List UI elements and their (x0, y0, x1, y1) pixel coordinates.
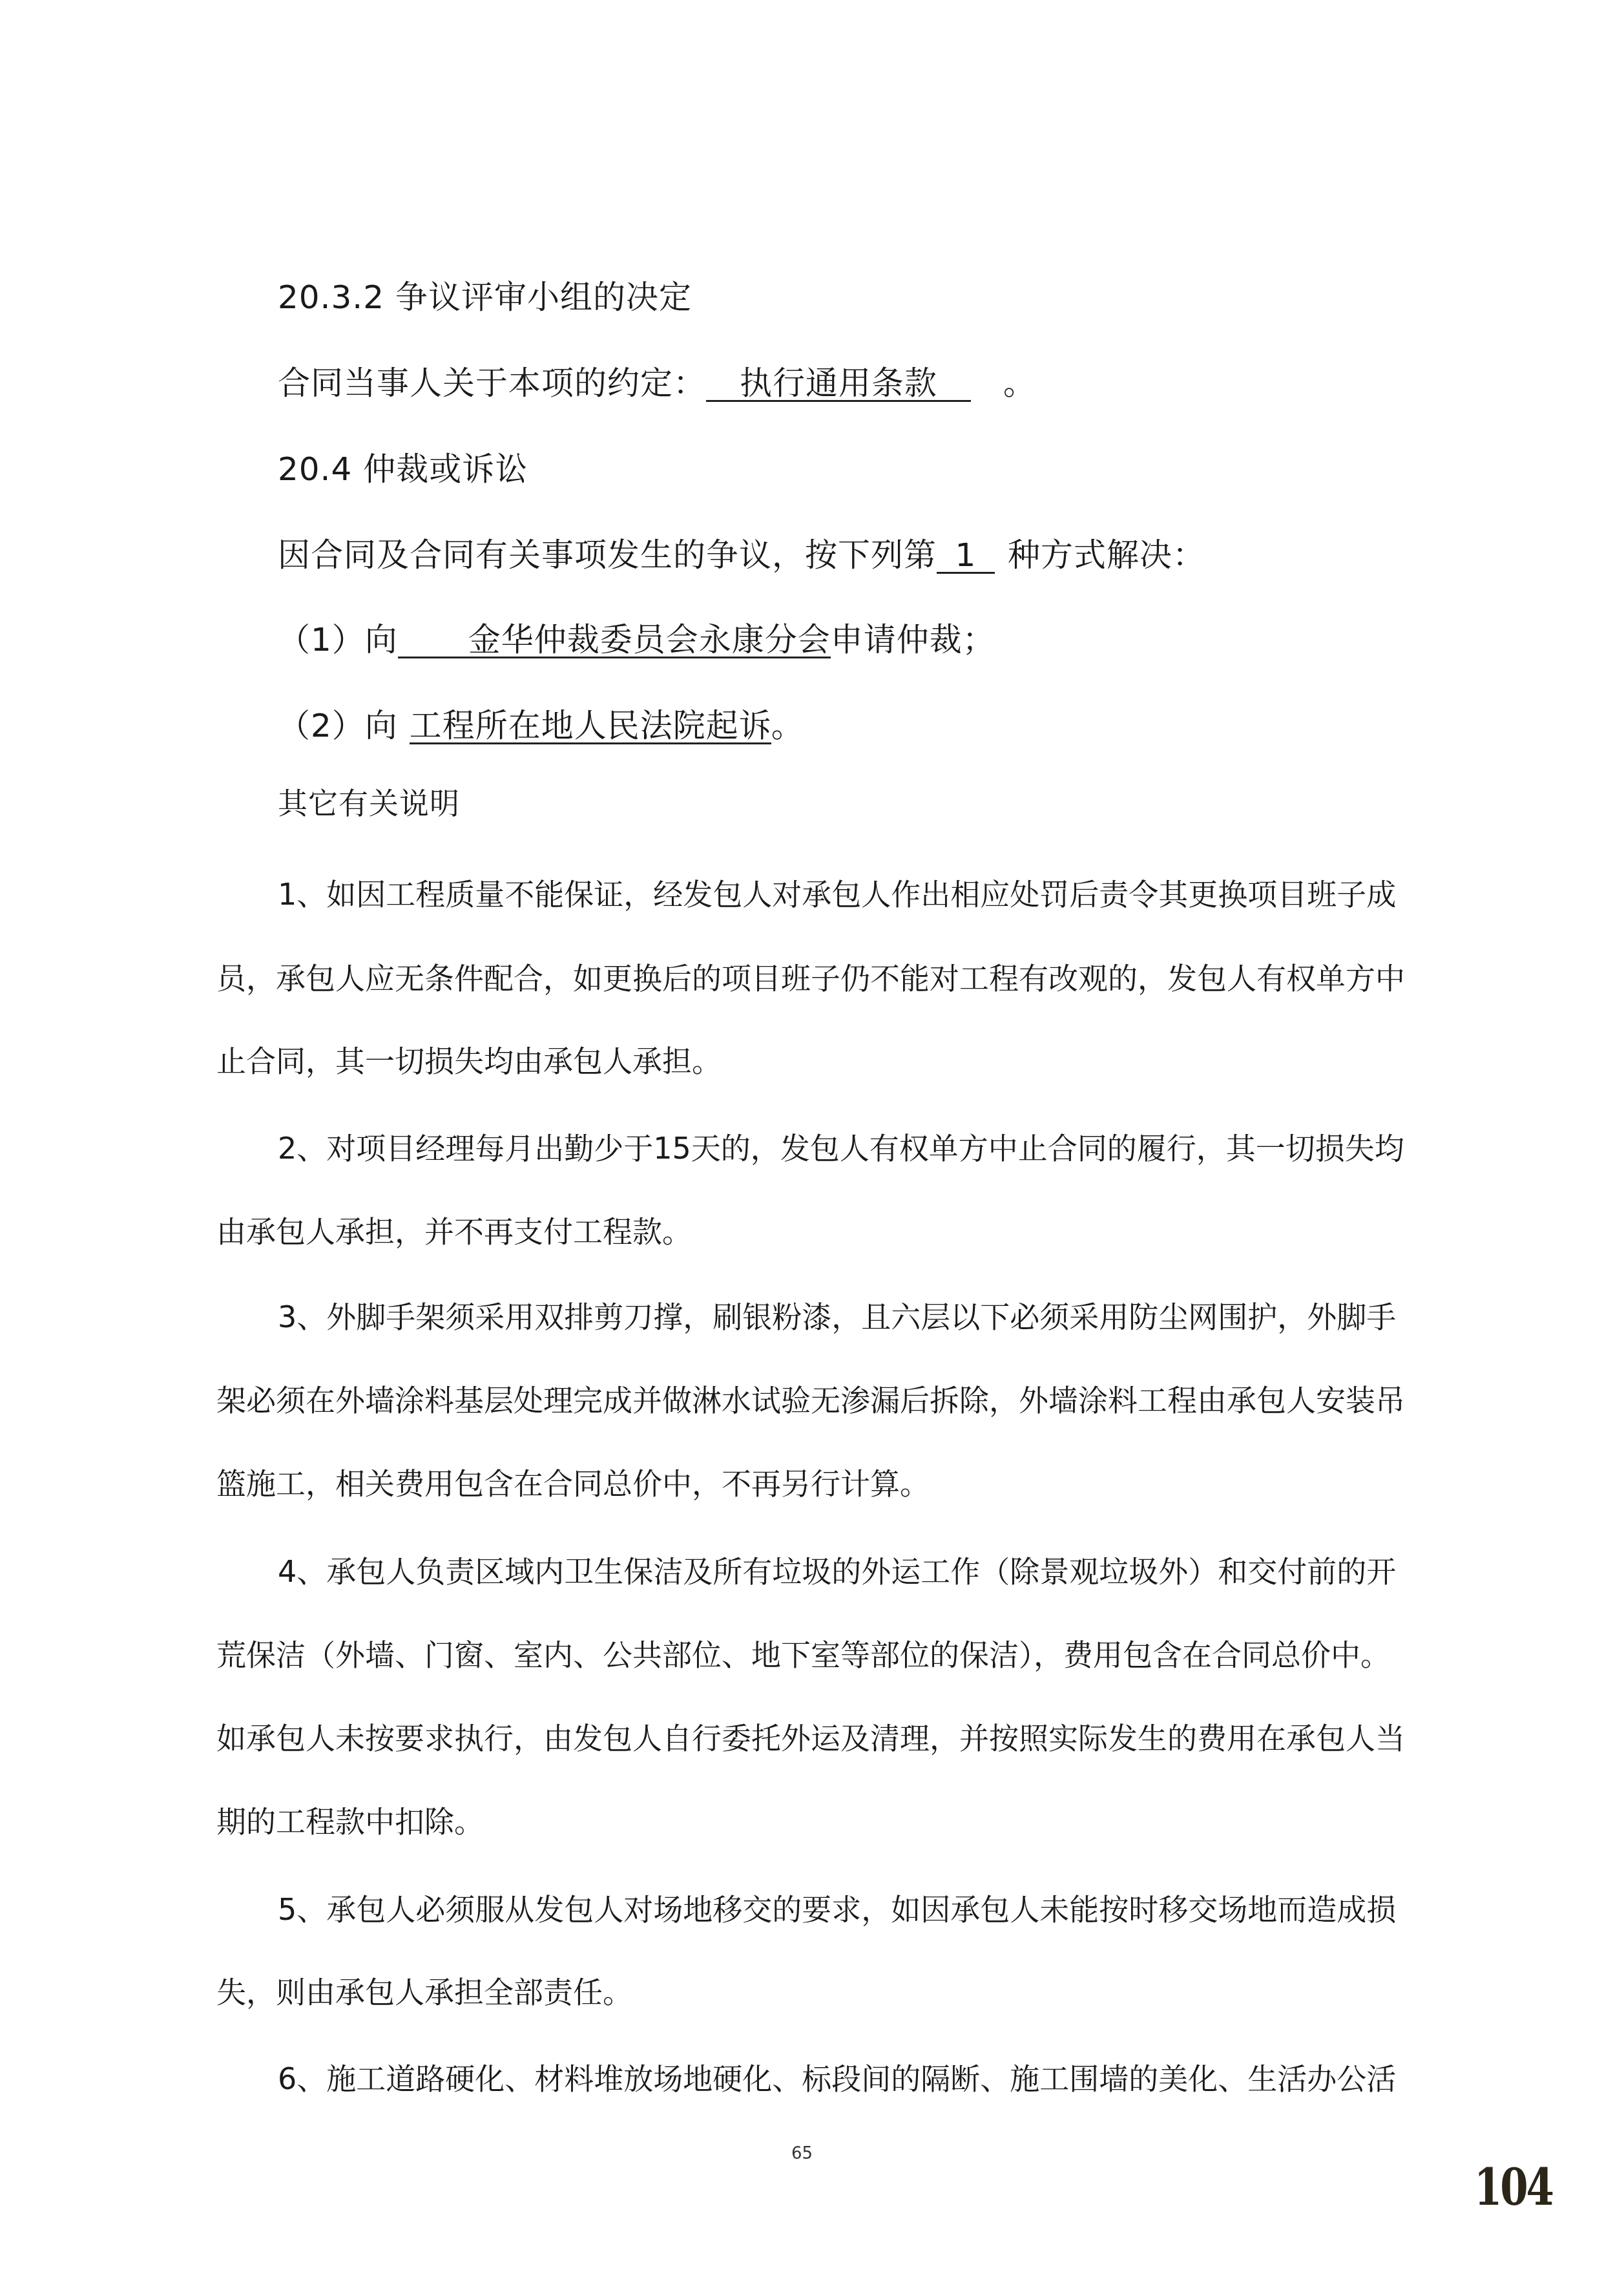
agreement-suffix: 。 (1003, 364, 1036, 402)
note-line: 2、对项目经理每月出勤少于15天的，发包人有权单方中止合同的履行，其一切损失均 (278, 1129, 1373, 1168)
option-2-value: 工程所在地人民法院起诉 (410, 709, 771, 744)
agreement-line: 合同当事人关于本项的约定：执行通用条款。 (278, 364, 1036, 403)
note-line: 4、承包人负责区域内卫生保洁及所有垃圾的外运工作（除景观垃圾外）和交付前的开 (278, 1552, 1373, 1591)
agreement-value: 执行通用条款 (706, 366, 971, 402)
section-heading-20-4: 20.4 仲裁或诉讼 (278, 450, 528, 489)
note-line: 荒保洁（外墙、门窗、室内、公共部位、地下室等部位的保洁），费用包含在合同总价中。 (216, 1635, 1373, 1674)
note-line: 如承包人未按要求执行，由发包人自行委托外运及清理，并按照实际发生的费用在承包人当 (216, 1719, 1373, 1758)
option-1-value: 金华仲裁委员会永康分会 (398, 623, 831, 658)
note-line: 6、施工道路硬化、材料堆放场地硬化、标段间的隔断、施工围墙的美化、生活办公活 (278, 2059, 1373, 2098)
other-notes-heading: 其它有关说明 (278, 784, 460, 823)
note-line: 架必须在外墙涂料基层处理完成并做淋水试验无渗漏后拆除，外墙涂料工程由承包人安装吊 (216, 1381, 1373, 1420)
method-line: 因合同及合同有关事项发生的争议，按下列第1种方式解决： (278, 536, 1205, 574)
method-value: 1 (937, 538, 995, 574)
section-heading-20-3-2: 20.3.2 争议评审小组的决定 (278, 278, 692, 317)
note-line: 3、外脚手架须采用双排剪刀撑，刷银粉漆，且六层以下必须采用防尘网围护，外脚手 (278, 1298, 1373, 1336)
option-2-suffix: 。 (771, 707, 804, 744)
note-line: 止合同，其一切损失均由承包人承担。 (216, 1042, 1373, 1080)
method-suffix: 种方式解决： (1008, 536, 1205, 574)
note-line: 期的工程款中扣除。 (216, 1802, 1373, 1841)
option-1-prefix: （1）向 (278, 621, 398, 658)
page-number: 65 (791, 2144, 813, 2163)
stamp-number: 104 (1474, 2158, 1552, 2217)
method-prefix: 因合同及合同有关事项发生的争议，按下列第 (278, 536, 937, 574)
note-line: 1、如因工程质量不能保证，经发包人对承包人作出相应处罚后责令其更换项目班子成 (278, 875, 1373, 914)
agreement-prefix: 合同当事人关于本项的约定： (278, 364, 706, 402)
note-line: 失，则由承包人承担全部责任。 (216, 1973, 1373, 2012)
note-line: 由承包人承担，并不再支付工程款。 (216, 1212, 1373, 1251)
option-2-line: （2）向工程所在地人民法院起诉。 (278, 706, 804, 745)
option-1-suffix: 申请仲裁； (831, 621, 995, 658)
note-line: 5、承包人必须服从发包人对场地移交的要求，如因承包人未能按时移交场地而造成损 (278, 1890, 1373, 1929)
option-1-line: （1）向金华仲裁委员会永康分会申请仲裁； (278, 620, 995, 659)
note-line: 篮施工，相关费用包含在合同总价中，不再另行计算。 (216, 1464, 1373, 1503)
note-line: 员，承包人应无条件配合，如更换后的项目班子仍不能对工程有改观的，发包人有权单方中 (216, 959, 1373, 998)
option-2-prefix: （2）向 (278, 707, 398, 744)
